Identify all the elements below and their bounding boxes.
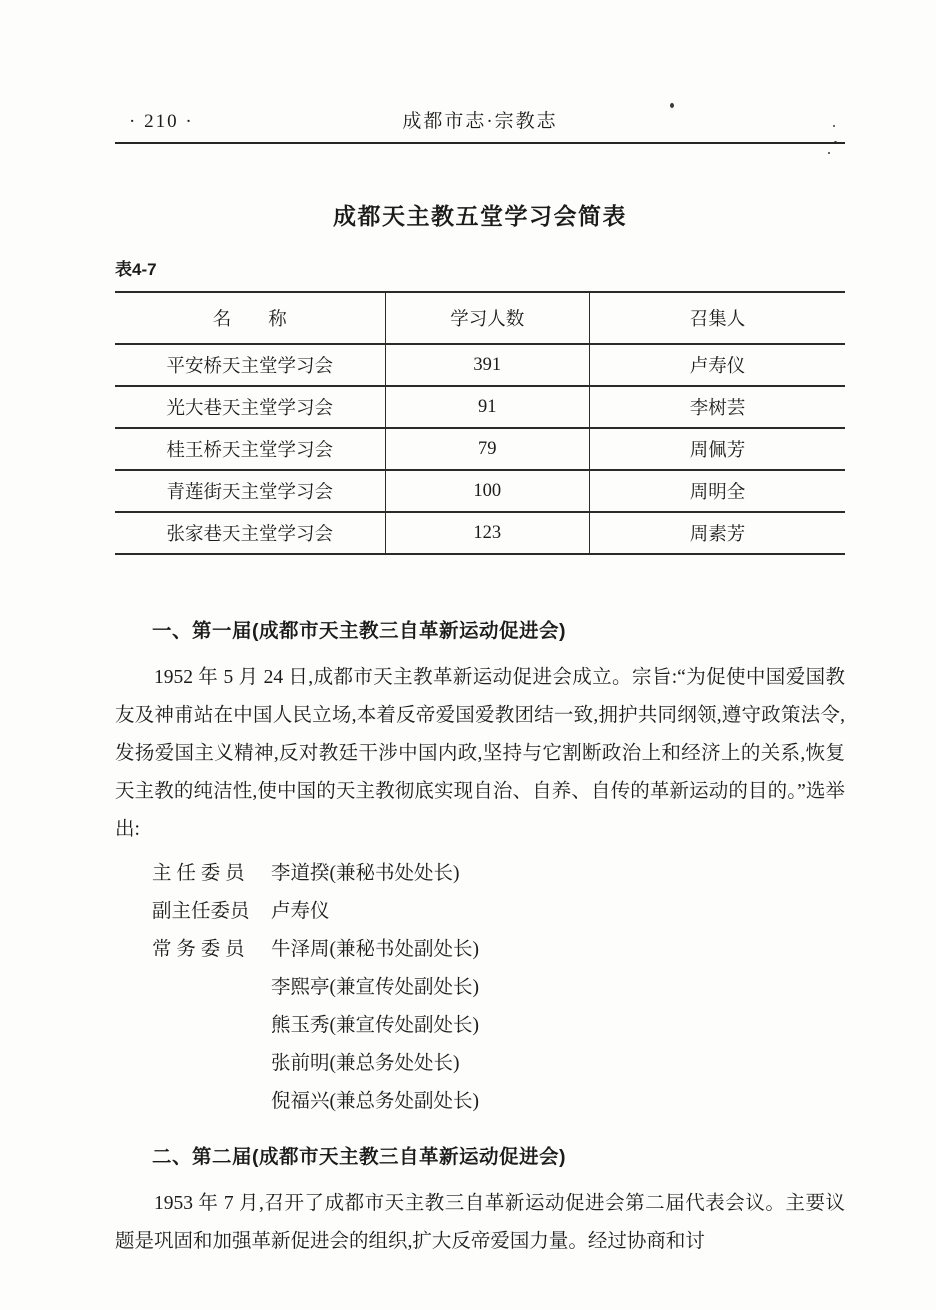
officer-row: 张前明(兼总务处处长) — [115, 1045, 845, 1083]
table-label: 表4-7 — [115, 255, 845, 280]
officer-role: 常 务 委 员 — [152, 931, 271, 969]
table-row: 张家巷天主堂学习会 123 周素芳 — [115, 512, 845, 554]
table-cell: 周素芳 — [589, 512, 845, 554]
study-groups-table: 名 称 学习人数 召集人 平安桥天主堂学习会 391 卢寿仪 光大巷天主堂学习会… — [115, 291, 845, 555]
table-cell: 光大巷天主堂学习会 — [115, 386, 385, 428]
officer-row: 主 任 委 员李道揆(兼秘书处处长) — [115, 855, 845, 893]
running-header: · 210 · 成都市志·宗教志 — [115, 0, 845, 144]
page-content: · 210 · 成都市志·宗教志 成都天主教五堂学习会简表 表4-7 名 称 学… — [115, 0, 845, 1261]
officer-row: 倪福兴(兼总务处副处长) — [115, 1083, 845, 1121]
table-cell: 李树芸 — [589, 386, 845, 428]
officer-row: 熊玉秀(兼宣传处副处长) — [115, 1007, 845, 1045]
officer-role: 主 任 委 员 — [152, 855, 271, 893]
table-cell: 91 — [385, 386, 589, 428]
table-cell: 张家巷天主堂学习会 — [115, 512, 385, 554]
table-cell: 青莲街天主堂学习会 — [115, 470, 385, 512]
table-row: 平安桥天主堂学习会 391 卢寿仪 — [115, 344, 845, 386]
officer-name: 牛泽周(兼秘书处副处长) — [271, 939, 479, 960]
section-2-paragraph: 1953 年 7 月,召开了成都市天主教三自革新运动促进会第二届代表会议。主要议… — [115, 1185, 845, 1261]
officer-name: 张前明(兼总务处处长) — [271, 1053, 460, 1074]
officer-name: 卢寿仪 — [271, 901, 330, 922]
section-2-heading: 二、第二届(成都市天主教三自革新运动促进会) — [115, 1141, 845, 1169]
table-cell: 391 — [385, 344, 589, 386]
page-number: · 210 · — [129, 111, 194, 133]
table-cell: 周佩芳 — [589, 428, 845, 470]
section-1-heading: 一、第一届(成都市天主教三自革新运动促进会) — [115, 615, 845, 643]
table-title: 成都天主教五堂学习会简表 — [115, 198, 845, 231]
officer-row: 常 务 委 员牛泽周(兼秘书处副处长) — [115, 931, 845, 969]
officer-list: 主 任 委 员李道揆(兼秘书处处长) 副主任委员卢寿仪 常 务 委 员牛泽周(兼… — [115, 855, 845, 1121]
officer-row: 李熙亭(兼宣传处副处长) — [115, 969, 845, 1007]
officer-row: 副主任委员卢寿仪 — [115, 893, 845, 931]
table-cell: 平安桥天主堂学习会 — [115, 344, 385, 386]
column-header-name: 名 称 — [115, 292, 385, 344]
column-header-convener: 召集人 — [589, 292, 845, 344]
officer-name: 倪福兴(兼总务处副处长) — [271, 1091, 479, 1112]
table-cell: 周明全 — [589, 470, 845, 512]
scanned-book-page: · 210 · 成都市志·宗教志 成都天主教五堂学习会简表 表4-7 名 称 学… — [0, 0, 936, 1310]
officer-name: 李道揆(兼秘书处处长) — [271, 863, 460, 884]
table-row: 青莲街天主堂学习会 100 周明全 — [115, 470, 845, 512]
table-cell: 123 — [385, 512, 589, 554]
table-header-row: 名 称 学习人数 召集人 — [115, 292, 845, 344]
table-row: 桂王桥天主堂学习会 79 周佩芳 — [115, 428, 845, 470]
officer-role: 副主任委员 — [152, 893, 271, 931]
table-cell: 79 — [385, 428, 589, 470]
table-cell: 100 — [385, 470, 589, 512]
table-row: 光大巷天主堂学习会 91 李树芸 — [115, 386, 845, 428]
column-header-learners: 学习人数 — [385, 292, 589, 344]
section-1-paragraph: 1952 年 5 月 24 日,成都市天主教革新运动促进会成立。宗旨:“为促使中… — [115, 659, 845, 849]
officer-name: 熊玉秀(兼宣传处副处长) — [271, 1015, 479, 1036]
book-title: 成都市志·宗教志 — [115, 106, 845, 133]
table-cell: 卢寿仪 — [589, 344, 845, 386]
table-cell: 桂王桥天主堂学习会 — [115, 428, 385, 470]
officer-name: 李熙亭(兼宣传处副处长) — [271, 977, 479, 998]
